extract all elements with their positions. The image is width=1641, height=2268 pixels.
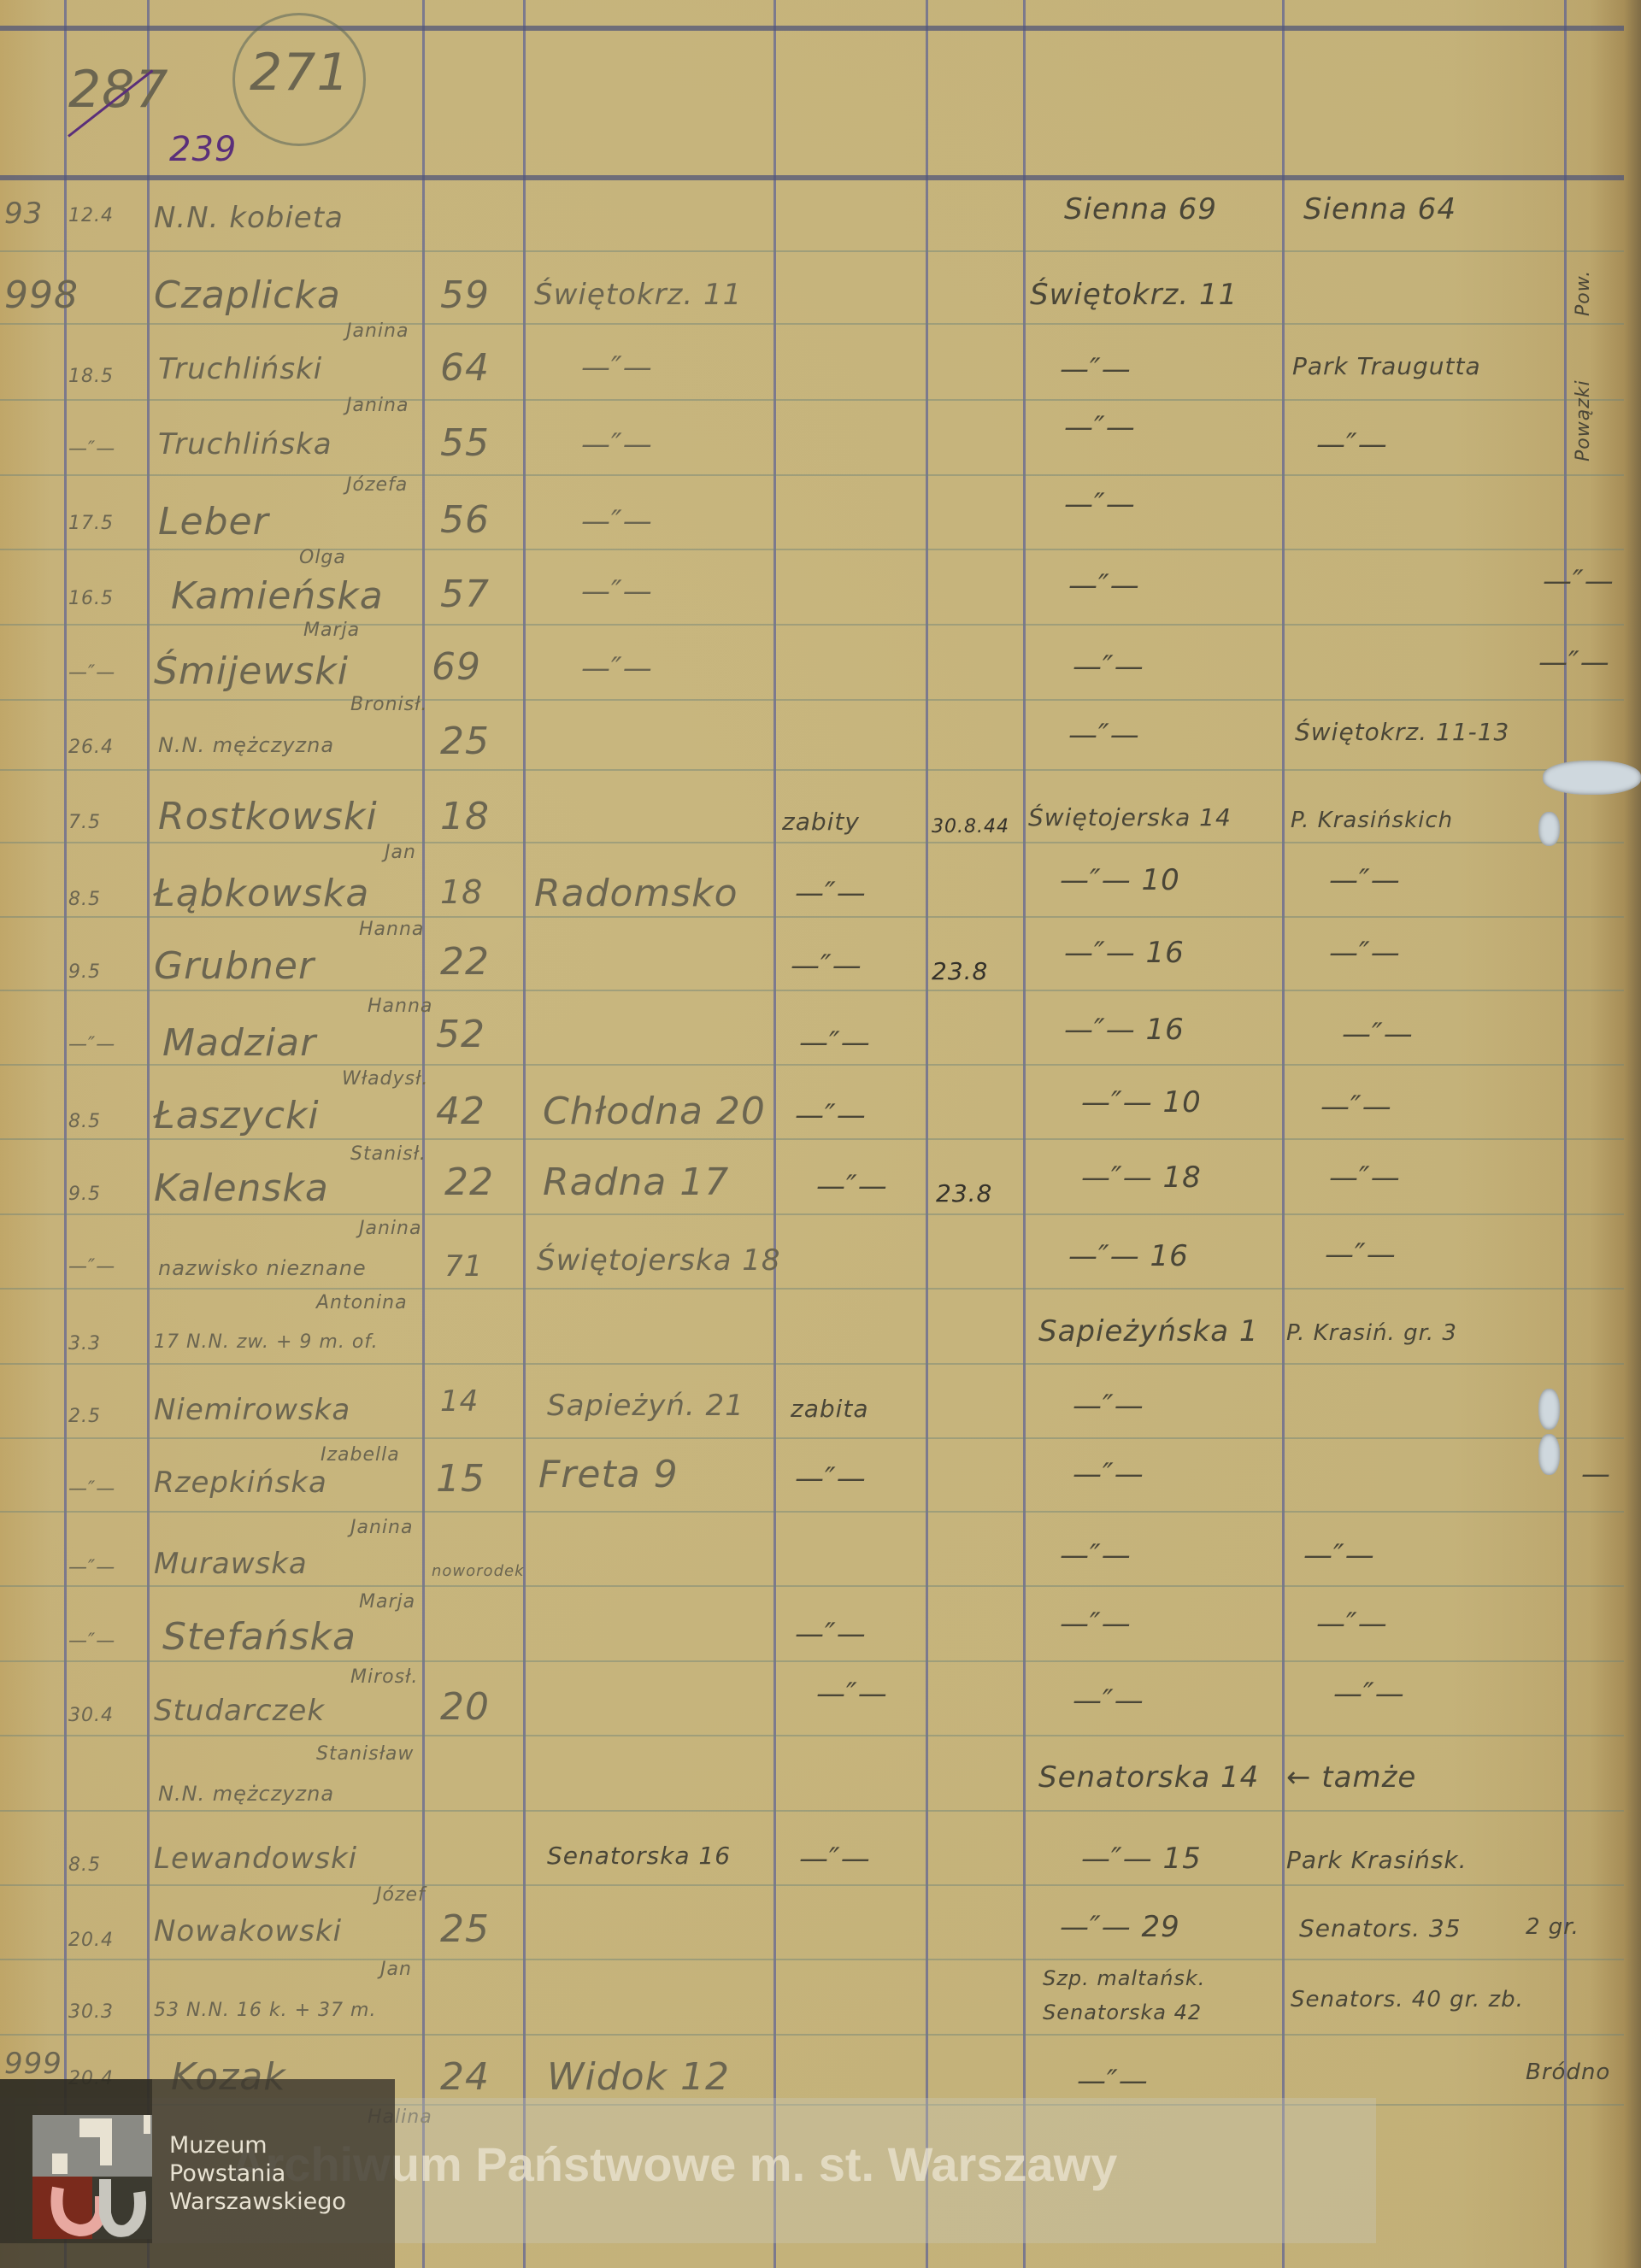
place-found-cell: —″— 10 xyxy=(1081,1085,1202,1119)
date-cell: —″— xyxy=(68,1256,115,1278)
burial-cell: ← tamże xyxy=(1286,1760,1416,1795)
age-cell: 14 xyxy=(440,1384,479,1419)
age-cell: 20 xyxy=(440,1685,490,1729)
address-cell: Radna 17 xyxy=(543,1160,729,1204)
place-found-cell: —″— xyxy=(1077,2064,1149,2098)
first-name-cell: Stanisł. xyxy=(350,1143,426,1165)
address-cell: Świętojerska 18 xyxy=(537,1243,781,1278)
burial-cell: Senators. 35 xyxy=(1299,1914,1462,1942)
row-rule xyxy=(0,1735,1624,1736)
place-found-cell: —″— 16 xyxy=(1064,1013,1185,1047)
surname-cell: Łaszycki xyxy=(154,1094,320,1137)
column-rule xyxy=(147,0,150,2268)
surname-cell: Rzepkińska xyxy=(154,1466,327,1500)
row-rule xyxy=(0,1363,1624,1365)
place-found-cell: Sienna 69 xyxy=(1064,192,1217,226)
death-status-cell: —″— xyxy=(799,1842,871,1876)
burial-cell: Senators. 40 gr. zb. xyxy=(1291,1987,1524,2012)
address-cell: Widok 12 xyxy=(547,2055,730,2099)
surname-cell: N.N. kobieta xyxy=(154,201,344,235)
date-cell: 18.5 xyxy=(68,366,114,387)
first-name-cell: Hanna xyxy=(368,996,432,1017)
date-cell: —″— xyxy=(68,662,115,684)
death-date-cell: 23.8 xyxy=(932,957,988,985)
surname-cell: Czaplicka xyxy=(154,273,341,317)
place-found-cell: Szp. maltańsk. Senatorska 42 xyxy=(1043,1961,1291,2030)
first-name-cell: Janina xyxy=(350,1517,413,1538)
place-found-cell: Świętokrz. 11 xyxy=(1030,278,1238,312)
first-name-cell: Jan xyxy=(385,842,416,863)
row-rule xyxy=(0,990,1624,991)
margin-number: 998 xyxy=(4,273,79,317)
row-rule xyxy=(0,1138,1624,1140)
date-cell: 7.5 xyxy=(68,812,101,833)
place-found-cell: —″— xyxy=(1060,1607,1132,1641)
column-rule xyxy=(926,0,928,2268)
margin-number: 999 xyxy=(4,2047,62,2081)
date-cell: —″— xyxy=(68,1478,115,1500)
note-cell: Pow. xyxy=(1573,270,1594,316)
first-name-cell: Józef xyxy=(376,1884,426,1906)
row-rule xyxy=(0,1213,1624,1215)
museum-name-line1: Muzeum xyxy=(169,2132,268,2159)
surname-cell: 17 N.N. zw. + 9 m. of. xyxy=(154,1331,379,1353)
age-cell: 15 xyxy=(436,1457,485,1501)
date-cell: 8.5 xyxy=(68,1854,101,1876)
first-name-cell: Janina xyxy=(346,395,409,416)
first-name-cell: Władysł. xyxy=(342,1068,428,1090)
age-cell: 22 xyxy=(440,940,490,984)
header-rule-top xyxy=(0,26,1624,31)
age-cell: 55 xyxy=(440,421,490,465)
surname-cell: Nowakowski xyxy=(154,1914,342,1948)
death-status-cell: zabity xyxy=(782,808,860,836)
place-found-cell: —″— xyxy=(1073,649,1144,684)
death-status-cell: —″— xyxy=(816,1169,888,1203)
date-cell: —″— xyxy=(68,438,115,460)
column-rule xyxy=(523,0,526,2268)
column-rule xyxy=(1282,0,1285,2268)
burial-cell: —″— xyxy=(1303,1538,1375,1572)
date-cell: —″— xyxy=(68,1557,115,1578)
place-found-cell: —″— xyxy=(1064,487,1136,521)
first-name-cell: Janina xyxy=(359,1218,421,1239)
address-cell: —″— xyxy=(581,350,653,385)
surname-cell: Niemirowska xyxy=(154,1393,350,1427)
kotwica-anchor-icon xyxy=(32,2115,152,2239)
row-rule xyxy=(0,1288,1624,1290)
place-found-cell: —″— 15 xyxy=(1081,1842,1202,1876)
address-cell: —″— xyxy=(581,574,653,608)
death-status-cell: —″— xyxy=(799,1025,871,1060)
death-status-cell: —″— xyxy=(795,1617,867,1651)
place-found-cell: —″— 16 xyxy=(1064,936,1185,970)
age-cell: 25 xyxy=(440,1907,490,1951)
punch-hole xyxy=(1543,761,1641,795)
burial-cell: Sienna 64 xyxy=(1303,192,1456,226)
note-cell: — xyxy=(1581,1457,1611,1491)
age-cell: 69 xyxy=(432,645,481,689)
surname-cell: Rostkowski xyxy=(158,795,378,838)
surname-cell: Studarczek xyxy=(154,1694,325,1728)
row-rule xyxy=(0,1437,1624,1439)
surname-cell: Łąbkowska xyxy=(154,872,369,915)
address-cell: Senatorska 16 xyxy=(547,1842,731,1870)
age-cell: noworodek xyxy=(432,1562,525,1580)
note-cell: —″— xyxy=(1543,564,1615,598)
surname-cell: Leber xyxy=(158,500,269,543)
burial-cell: P. Krasiń. gr. 3 xyxy=(1286,1320,1457,1346)
first-name-cell: Jan xyxy=(380,1959,412,1980)
place-found-cell: Sapieżyńska 1 xyxy=(1038,1314,1259,1348)
death-status-cell: —″— xyxy=(791,949,862,983)
circled-page-number: 271 xyxy=(250,43,350,103)
death-status-cell: —″— xyxy=(795,876,867,910)
age-cell: 42 xyxy=(436,1090,485,1133)
header-rule-bottom xyxy=(0,175,1624,180)
burial-cell: —″— xyxy=(1329,936,1401,970)
date-cell: 30.4 xyxy=(68,1705,114,1726)
burial-cell: P. Krasińskich xyxy=(1291,808,1453,833)
burial-cell: —″— xyxy=(1316,427,1388,461)
place-found-cell: —″— 18 xyxy=(1081,1160,1202,1195)
first-name-cell: Antonina xyxy=(316,1292,408,1313)
place-found-cell: Senatorska 14 xyxy=(1038,1760,1259,1795)
age-cell: 24 xyxy=(440,2055,490,2099)
first-name-cell: Marja xyxy=(303,620,360,641)
place-found-cell: —″— xyxy=(1073,1683,1144,1718)
death-date-cell: 30.8.44 xyxy=(932,816,1009,837)
surname-cell: Murawska xyxy=(154,1547,308,1581)
surname-cell: Madziar xyxy=(162,1021,316,1065)
punch-hole xyxy=(1538,1434,1560,1475)
row-rule xyxy=(0,842,1624,843)
address-cell: Chłodna 20 xyxy=(543,1090,766,1133)
row-rule xyxy=(0,1660,1624,1662)
note-cell: Powązki xyxy=(1573,379,1594,461)
address-cell: Freta 9 xyxy=(538,1453,679,1496)
punch-hole xyxy=(1538,812,1560,846)
place-found-cell: —″— 10 xyxy=(1060,863,1180,897)
place-found-cell: Świętojerska 14 xyxy=(1028,803,1232,831)
row-rule xyxy=(0,1884,1624,1886)
date-cell: —″— xyxy=(68,1630,115,1652)
column-rule xyxy=(422,0,425,2268)
surname-cell: Kalenska xyxy=(154,1166,329,1210)
surname-cell: N.N. mężczyzna xyxy=(158,1782,334,1806)
row-rule xyxy=(0,769,1624,771)
surname-cell: 53 N.N. 16 k. + 37 m. xyxy=(154,2000,376,2021)
age-cell: 52 xyxy=(436,1013,485,1056)
row-rule xyxy=(0,624,1624,626)
address-cell: Sapieżyń. 21 xyxy=(547,1389,744,1423)
date-cell: 2.5 xyxy=(68,1406,101,1427)
address-cell: —″— xyxy=(581,427,653,461)
death-status-cell: —″— xyxy=(795,1461,867,1495)
first-name-cell: Mirosł. xyxy=(350,1666,418,1688)
date-cell: 3.3 xyxy=(68,1333,101,1354)
surname-cell: Śmijewski xyxy=(154,649,349,693)
burial-cell: —″— xyxy=(1342,1017,1414,1051)
first-name-cell: Hanna xyxy=(359,919,424,940)
row-rule xyxy=(0,1959,1624,1960)
age-cell: 59 xyxy=(440,273,490,317)
age-cell: 57 xyxy=(440,573,490,616)
place-found-cell: —″— 29 xyxy=(1060,1910,1180,1944)
burial-cell: —″— xyxy=(1316,1607,1388,1641)
date-cell: 8.5 xyxy=(68,1111,101,1132)
age-cell: 71 xyxy=(444,1249,483,1284)
column-rule xyxy=(1023,0,1026,2268)
burial-cell: —″— xyxy=(1325,1237,1397,1272)
burial-cell: Park Traugutta xyxy=(1292,352,1481,380)
row-rule xyxy=(0,2034,1624,2036)
age-cell: 56 xyxy=(440,498,490,542)
date-cell: 30.3 xyxy=(68,2001,114,2023)
place-found-cell: —″— xyxy=(1068,718,1140,752)
surname-cell: Kamieńska xyxy=(171,574,384,618)
column-rule xyxy=(773,0,776,2268)
row-rule xyxy=(0,1585,1624,1587)
address-cell: Świętokrz. 11 xyxy=(534,278,742,312)
punch-hole xyxy=(1538,1389,1560,1430)
date-cell: 17.5 xyxy=(68,513,114,534)
place-found-cell: —″— xyxy=(1060,352,1132,386)
burial-cell: Park Krasińsk. xyxy=(1286,1846,1467,1874)
date-cell: 26.4 xyxy=(68,737,114,758)
note-cell: Bródno xyxy=(1526,2059,1610,2085)
row-rule xyxy=(0,699,1624,701)
place-found-cell: —″— xyxy=(1073,1389,1144,1423)
burial-cell: —″— xyxy=(1320,1090,1392,1124)
row-rule xyxy=(0,1511,1624,1513)
row-rule xyxy=(0,474,1624,476)
row-rule xyxy=(0,1810,1624,1812)
age-cell: 25 xyxy=(440,720,490,763)
place-found-cell: —″— xyxy=(1073,1457,1144,1491)
row-rule xyxy=(0,323,1624,325)
burial-cell: Świętokrz. 11-13 xyxy=(1295,718,1509,746)
surname-cell: N.N. mężczyzna xyxy=(158,733,334,757)
date-cell: 20.4 xyxy=(68,1930,114,1951)
row-rule xyxy=(0,549,1624,550)
museum-name-line2: Powstania xyxy=(169,2160,285,2188)
note-cell: 2 gr. xyxy=(1526,1914,1579,1940)
death-date-cell: 23.8 xyxy=(936,1179,992,1207)
museum-name-line3: Warszawskiego xyxy=(169,2189,346,2216)
place-found-cell: —″— xyxy=(1068,568,1140,602)
column-rule xyxy=(64,0,67,2268)
first-name-cell: Janina xyxy=(346,320,409,342)
burial-cell: —″— xyxy=(1329,1160,1401,1195)
place-found-cell: —″— xyxy=(1060,1538,1132,1572)
first-name-cell: Józefa xyxy=(346,474,408,496)
address-cell: —″— xyxy=(581,651,653,685)
age-cell: 18 xyxy=(440,795,490,838)
death-status-cell: —″— xyxy=(816,1677,888,1711)
row-rule xyxy=(0,250,1624,252)
death-status-cell: zabita xyxy=(791,1395,869,1423)
date-cell: 8.5 xyxy=(68,889,101,910)
surname-cell: nazwisko nieznane xyxy=(158,1256,367,1280)
age-cell: 18 xyxy=(440,873,483,911)
surname-cell: Lewandowski xyxy=(154,1842,357,1876)
crossed-page-number: 287 xyxy=(68,60,169,120)
address-cell: Radomsko xyxy=(534,872,738,915)
burial-cell: —″— xyxy=(1333,1677,1405,1711)
date-cell: 9.5 xyxy=(68,961,101,983)
place-found-cell: —″— 16 xyxy=(1068,1239,1189,1273)
place-found-cell: —″— xyxy=(1064,410,1136,444)
surname-cell: Truchliński xyxy=(158,352,322,386)
first-name-cell: Stanisław xyxy=(316,1743,414,1765)
note-cell: —″— xyxy=(1538,645,1610,679)
address-cell: —″— xyxy=(581,504,653,538)
date-cell: 9.5 xyxy=(68,1184,101,1205)
death-status-cell: —″— xyxy=(795,1098,867,1132)
first-name-cell: Izabella xyxy=(321,1444,400,1466)
row-rule xyxy=(0,916,1624,918)
row-rule xyxy=(0,399,1624,401)
date-cell: 16.5 xyxy=(68,588,114,609)
first-name-cell: Marja xyxy=(359,1591,415,1613)
date-cell: 12.4 xyxy=(68,205,114,226)
burial-cell: —″— xyxy=(1329,863,1401,897)
age-cell: 64 xyxy=(440,346,490,390)
surname-cell: Stefańska xyxy=(162,1615,356,1659)
first-name-cell: Olga xyxy=(299,547,346,568)
surname-cell: Truchlińska xyxy=(158,427,332,461)
first-name-cell: Bronisł. xyxy=(350,694,427,715)
age-cell: 22 xyxy=(444,1160,494,1204)
date-cell: —″— xyxy=(68,1034,115,1055)
corrected-page-number: 239 xyxy=(169,130,237,169)
surname-cell: Grubner xyxy=(154,944,315,988)
margin-number: 93 xyxy=(4,197,43,231)
